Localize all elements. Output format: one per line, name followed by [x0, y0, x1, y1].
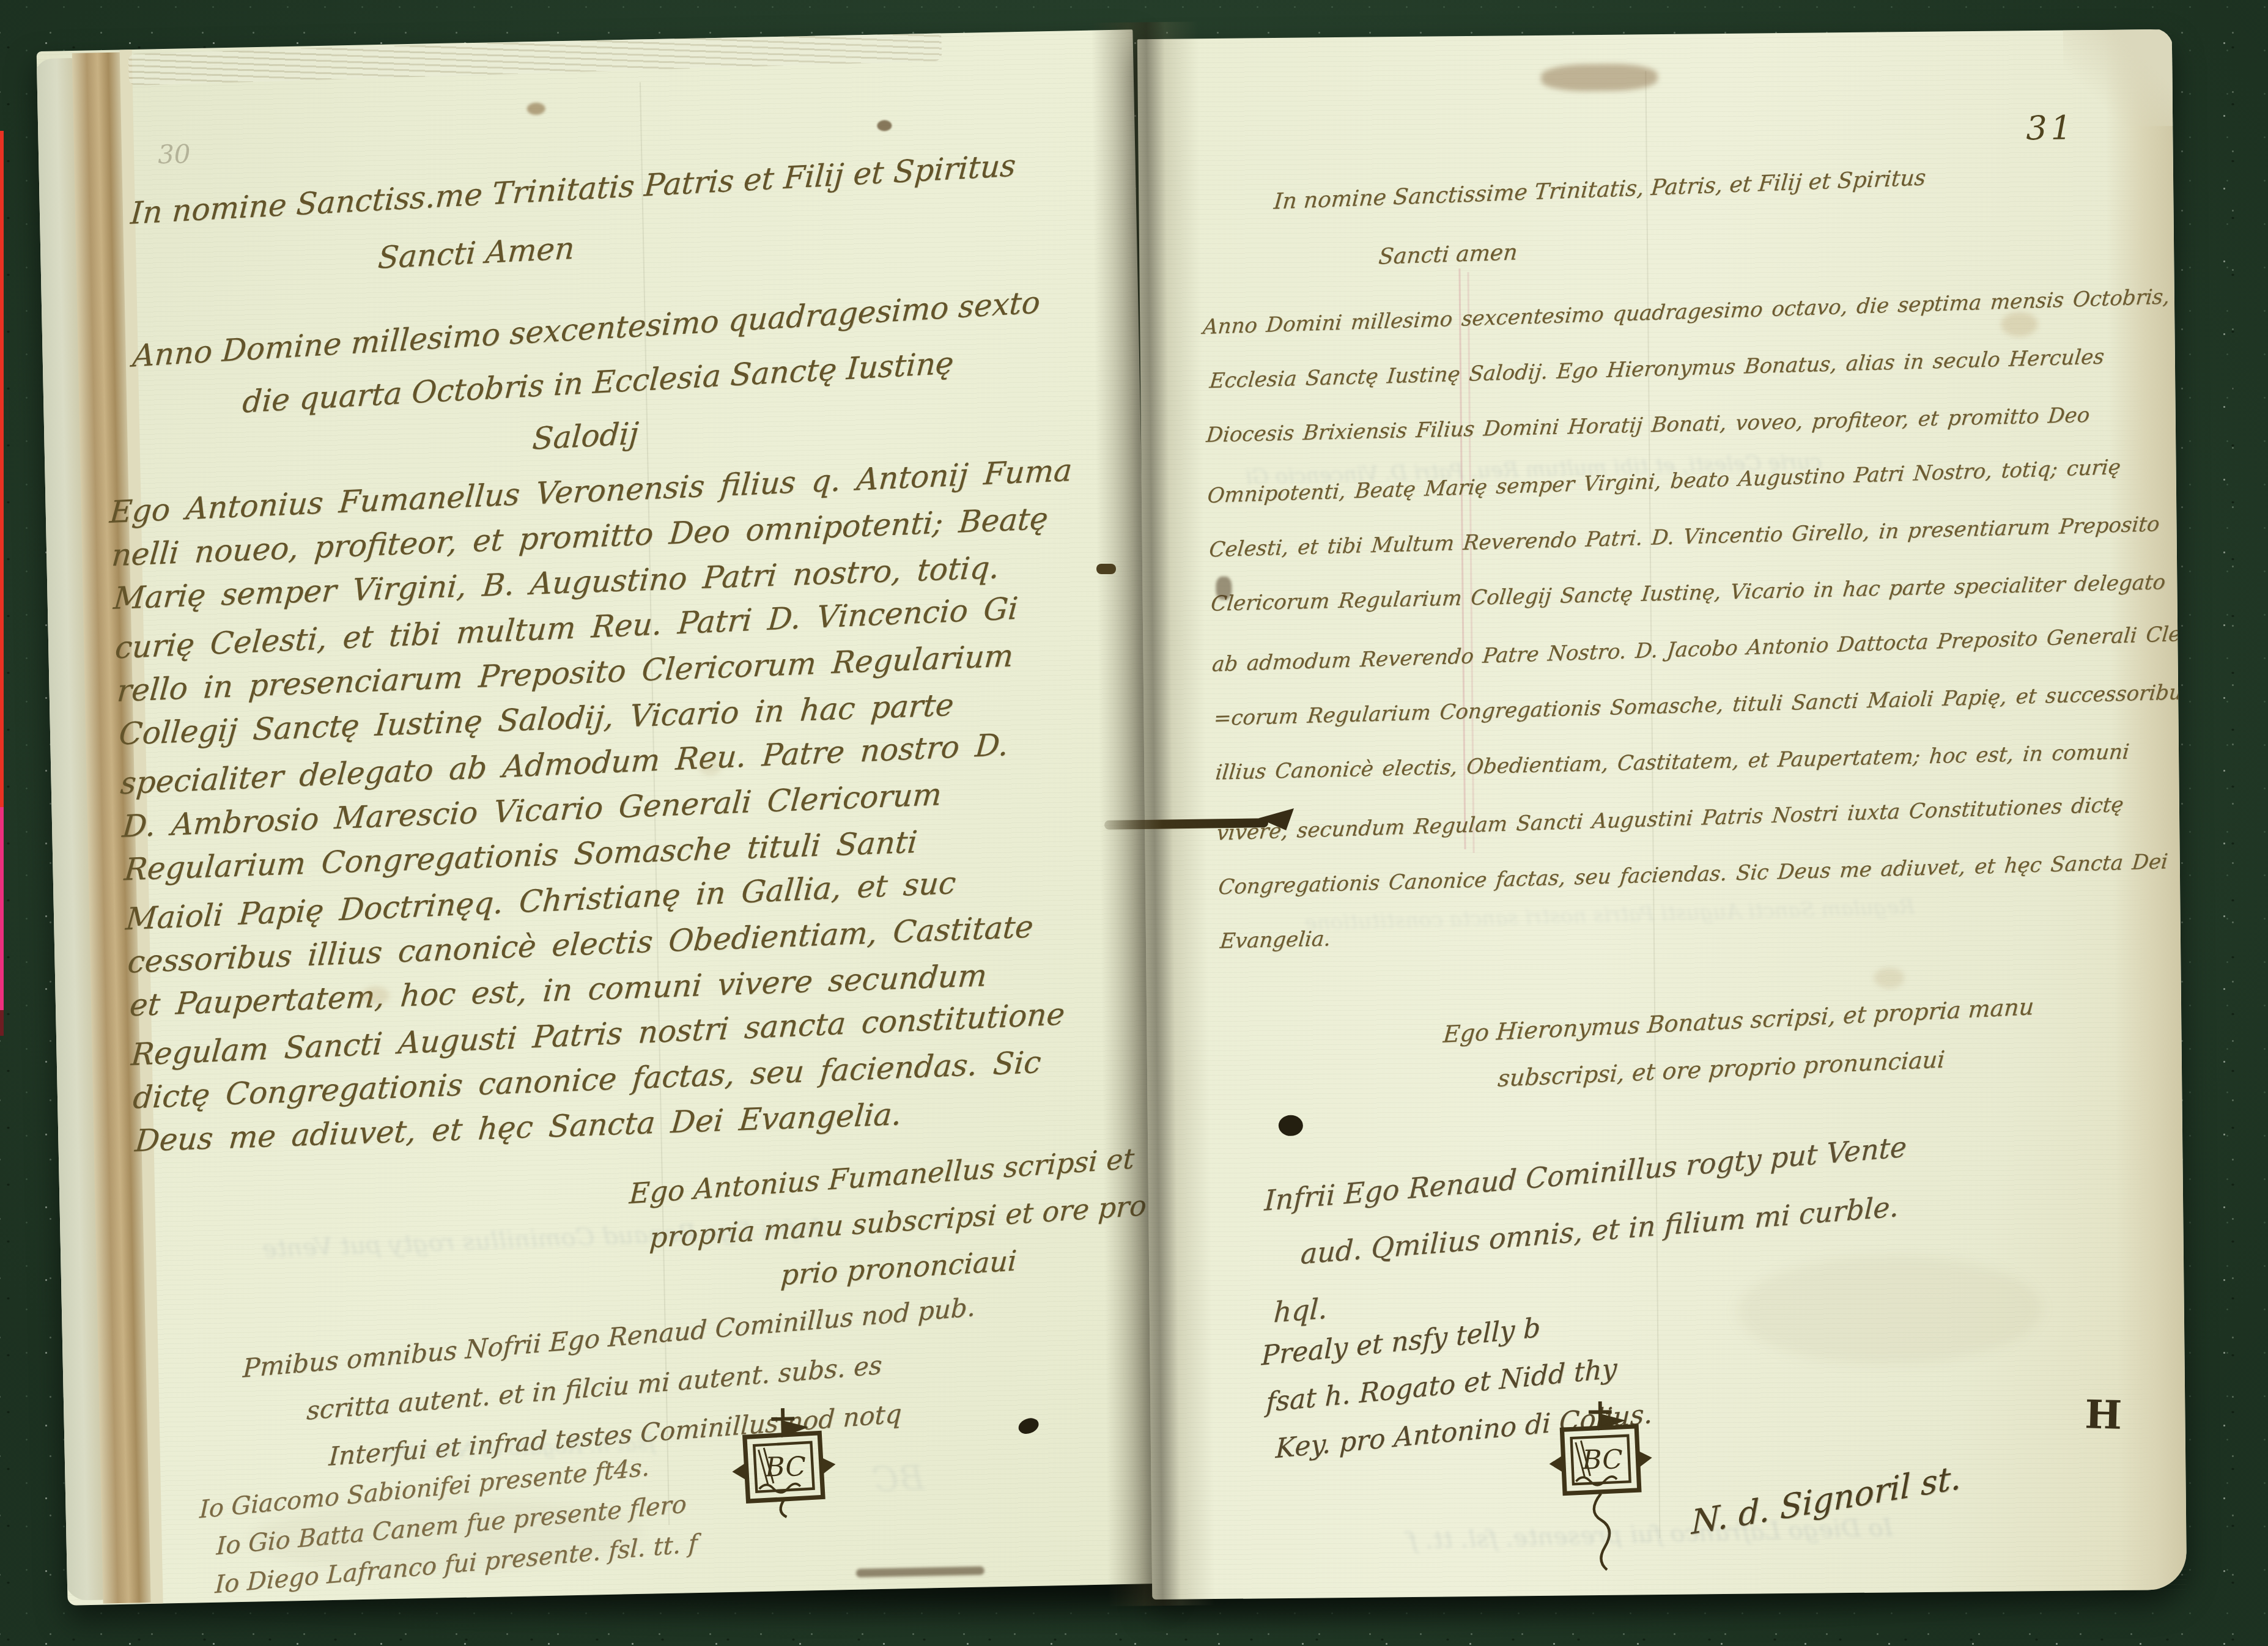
photo-edge-magenta-strip	[0, 807, 4, 1010]
book-gutter-shadow	[1091, 21, 1238, 1606]
right-page-number: 31	[2026, 108, 2075, 147]
notary-seal-drawing-left: BC	[729, 1405, 838, 1535]
top-right-corner-fold	[2063, 29, 2174, 127]
right-page-surface: 31 In nomine Sanctissime Trinitatis, Pat…	[1137, 29, 2187, 1600]
seal-monogram: BC	[764, 1451, 806, 1483]
left-profession-body: Ego Antonius Fumanellus Veronensis filiu…	[109, 449, 1097, 1165]
margin-ink-blob	[1096, 564, 1116, 574]
bleedthrough-ghost-seal: BC	[872, 1458, 925, 1500]
margin-letter-mark: H	[2085, 1392, 2122, 1439]
manuscript-right-page: 31 In nomine Sanctissime Trinitatis, Pat…	[1137, 29, 2187, 1600]
right-invocation-heading: In nomine Sanctissime Trinitatis, Patris…	[1273, 150, 1929, 290]
seal-monogram: BC	[1581, 1445, 1623, 1476]
top-edge-smudge	[1541, 64, 1657, 92]
right-profession-body: Anno Domini millesimo sexcentesimo quadr…	[1202, 270, 2187, 972]
photo-edge-maroon-strip	[0, 1010, 4, 1036]
manuscript-left-page: 30 In nomine Sanctiss.me Trinitatis Patr…	[37, 29, 1164, 1605]
photo-edge-red-strip	[0, 131, 4, 807]
left-page-surface: 30 In nomine Sanctiss.me Trinitatis Patr…	[37, 29, 1164, 1605]
photographed-manuscript-scene: 30 In nomine Sanctiss.me Trinitatis Patr…	[0, 0, 2268, 1646]
left-page-number-faint: 30	[158, 139, 191, 169]
